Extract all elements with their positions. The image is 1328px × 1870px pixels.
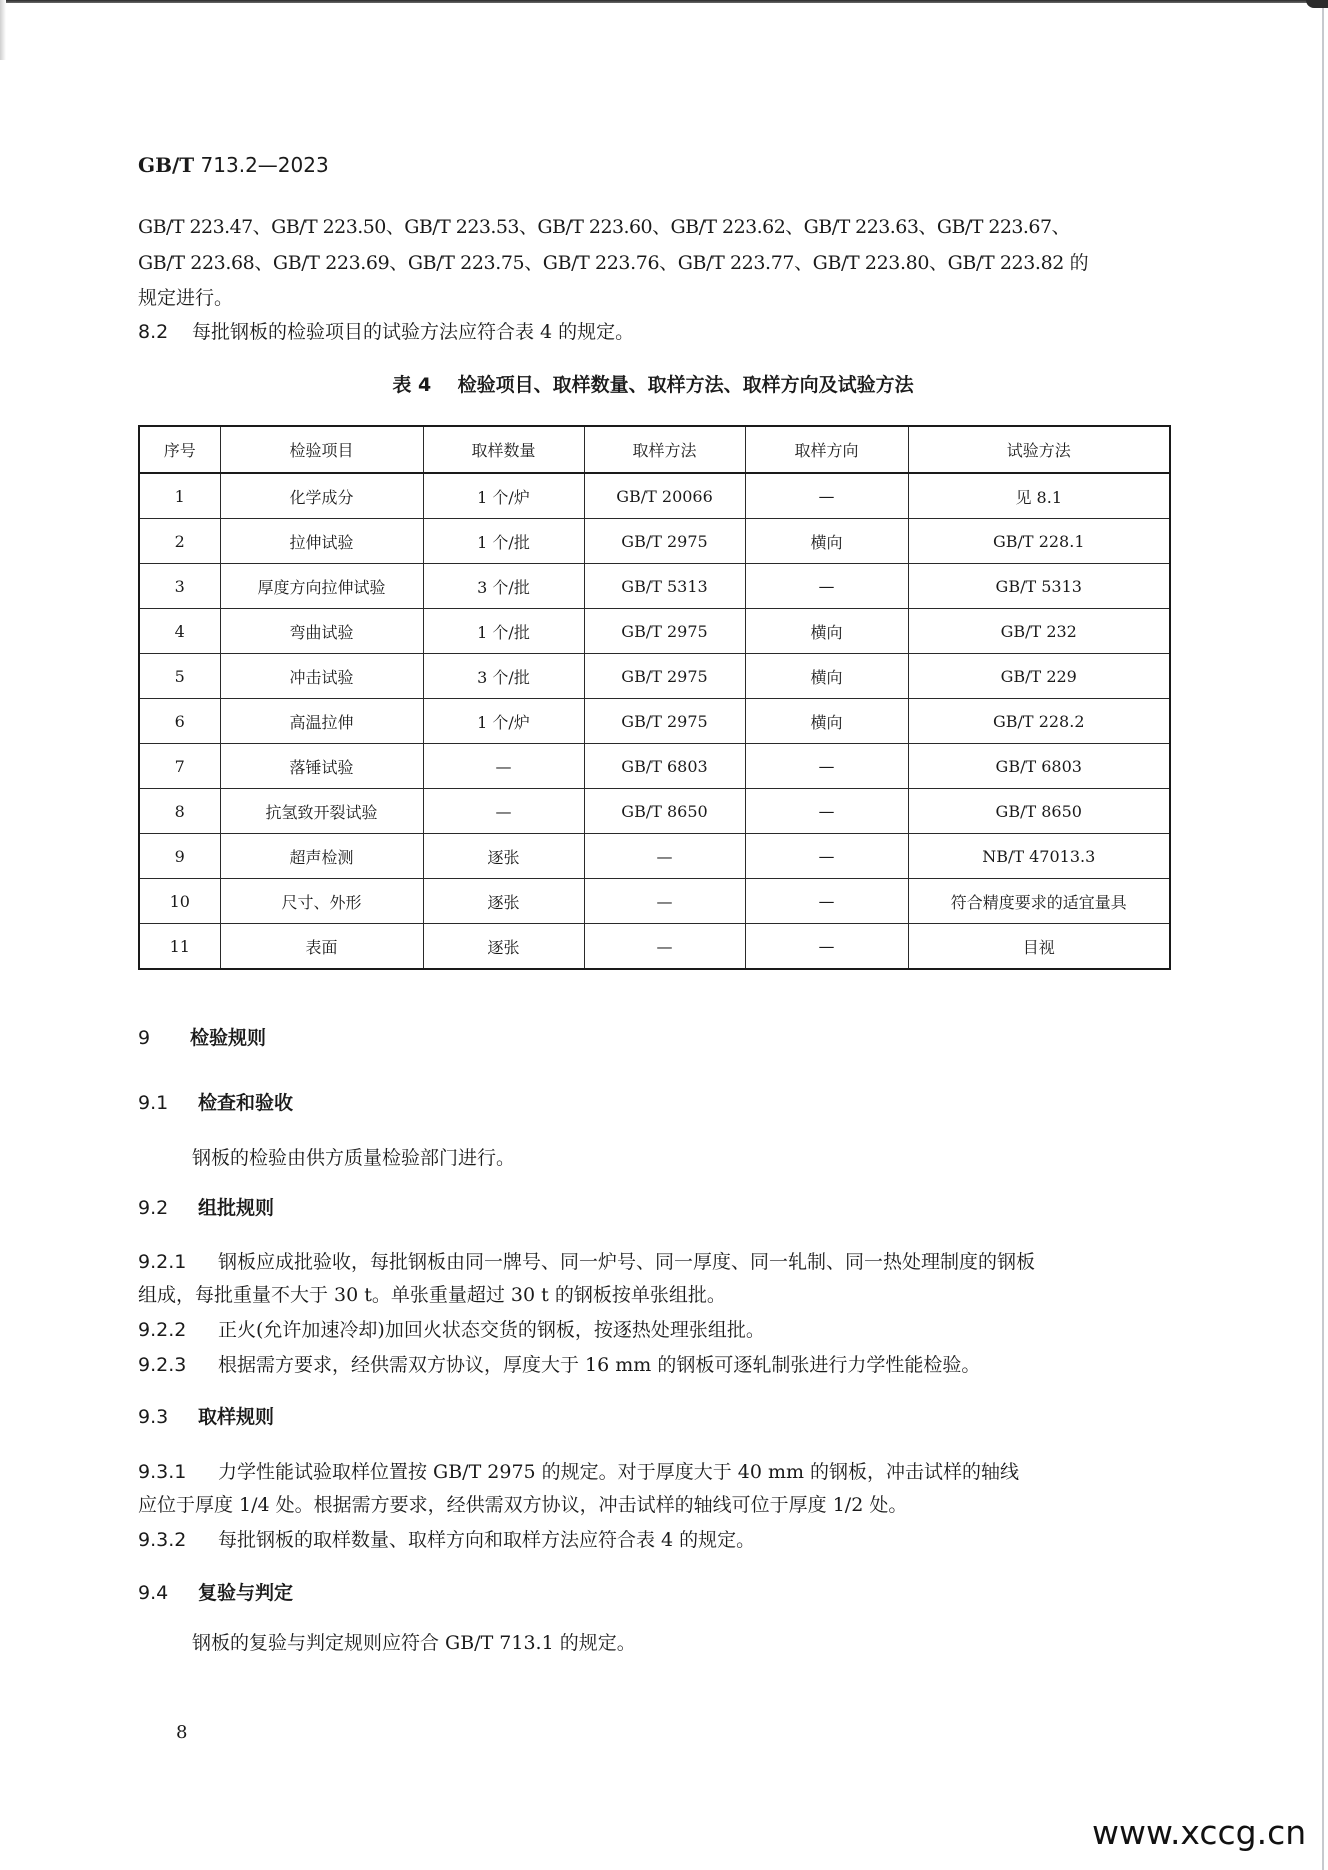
table-caption-label: 表 4 [392, 374, 431, 396]
section-title: 复验与判定 [198, 1582, 293, 1604]
cell-sampling-method: GB/T 2975 [584, 654, 745, 699]
cell-quantity: 3 个/批 [423, 654, 584, 699]
section-9-1-heading: 9.1检查和验收 [138, 1091, 293, 1115]
cell-seq: 1 [139, 473, 220, 519]
cell-item: 落锤试验 [220, 744, 423, 789]
clause-text: 每批钢板的取样数量、取样方向和取样方法应符合表 4 的规定。 [218, 1529, 755, 1551]
table-row: 8 抗氢致开裂试验 — GB/T 8650 — GB/T 8650 [139, 789, 1170, 834]
cell-seq: 11 [139, 924, 220, 970]
cell-item: 冲击试验 [220, 654, 423, 699]
section-9-1-body: 钢板的检验由供方质量检验部门进行。 [192, 1146, 515, 1170]
section-9-2-heading: 9.2组批规则 [138, 1196, 274, 1220]
section-number: 9.1 [138, 1091, 198, 1115]
table-row: 4 弯曲试验 1 个/批 GB/T 2975 横向 GB/T 232 [139, 609, 1170, 654]
cell-item: 厚度方向拉伸试验 [220, 564, 423, 609]
clause-number: 9.2.3 [138, 1353, 218, 1377]
cell-item: 表面 [220, 924, 423, 970]
scan-right-edge [1322, 8, 1324, 1870]
cell-direction: — [745, 789, 908, 834]
section-number: 9 [138, 1026, 190, 1050]
table-4: 序号 检验项目 取样数量 取样方法 取样方向 试验方法 1 化学成分 1 个/炉… [138, 425, 1171, 970]
col-header-seq: 序号 [139, 426, 220, 473]
cell-seq: 5 [139, 654, 220, 699]
cell-item: 抗氢致开裂试验 [220, 789, 423, 834]
cell-sampling-method: — [584, 879, 745, 924]
cell-test-method: GB/T 229 [908, 654, 1170, 699]
clause-9-2-3: 9.2.3根据需方要求，经供需双方协议，厚度大于 16 mm 的钢板可逐轧制张进… [138, 1353, 980, 1377]
cell-sampling-method: GB/T 6803 [584, 744, 745, 789]
header-std-prefix: GB/T [138, 153, 194, 177]
clause-number: 9.2.1 [138, 1250, 218, 1274]
cell-direction: 横向 [745, 654, 908, 699]
cell-test-method: 见 8.1 [908, 473, 1170, 519]
cell-quantity: 逐张 [423, 834, 584, 879]
cell-quantity: — [423, 789, 584, 834]
clause-text: 钢板应成批验收，每批钢板由同一牌号、同一炉号、同一厚度、同一轧制、同一热处理制度… [218, 1251, 1035, 1273]
clause-text: 力学性能试验取样位置按 GB/T 2975 的规定。对于厚度大于 40 mm 的… [218, 1461, 1019, 1483]
table-row: 7 落锤试验 — GB/T 6803 — GB/T 6803 [139, 744, 1170, 789]
cell-item: 弯曲试验 [220, 609, 423, 654]
cell-test-method: 符合精度要求的适宜量具 [908, 879, 1170, 924]
cell-sampling-method: GB/T 5313 [584, 564, 745, 609]
cell-test-method: GB/T 232 [908, 609, 1170, 654]
section-9-heading: 9检验规则 [138, 1026, 266, 1050]
table-row: 5 冲击试验 3 个/批 GB/T 2975 横向 GB/T 229 [139, 654, 1170, 699]
body-line: GB/T 223.68、GB/T 223.69、GB/T 223.75、GB/T… [138, 251, 1088, 275]
section-9-4-body: 钢板的复验与判定规则应符合 GB/T 713.1 的规定。 [192, 1631, 636, 1655]
cell-sampling-method: GB/T 20066 [584, 473, 745, 519]
table-row: 9 超声检测 逐张 — — NB/T 47013.3 [139, 834, 1170, 879]
clause-9-3-2: 9.3.2每批钢板的取样数量、取样方向和取样方法应符合表 4 的规定。 [138, 1528, 755, 1552]
cell-quantity: 逐张 [423, 879, 584, 924]
section-number: 9.3 [138, 1405, 198, 1429]
clause-text: 根据需方要求，经供需双方协议，厚度大于 16 mm 的钢板可逐轧制张进行力学性能… [218, 1354, 980, 1376]
cell-direction: 横向 [745, 699, 908, 744]
cell-direction: — [745, 564, 908, 609]
section-9-4-heading: 9.4复验与判定 [138, 1581, 293, 1605]
cell-quantity: 1 个/批 [423, 609, 584, 654]
clause-number: 9.2.2 [138, 1318, 218, 1342]
page-number: 8 [176, 1722, 187, 1743]
clause-number: 8.2 [138, 320, 192, 344]
cell-seq: 7 [139, 744, 220, 789]
cell-seq: 6 [139, 699, 220, 744]
cell-sampling-method: GB/T 2975 [584, 609, 745, 654]
cell-test-method: GB/T 228.2 [908, 699, 1170, 744]
col-header-test-method: 试验方法 [908, 426, 1170, 473]
cell-sampling-method: — [584, 924, 745, 970]
cell-quantity: 逐张 [423, 924, 584, 970]
cell-item: 化学成分 [220, 473, 423, 519]
clause-text: 每批钢板的检验项目的试验方法应符合表 4 的规定。 [192, 321, 634, 343]
clause-9-2-2: 9.2.2正火(允许加速冷却)加回火状态交货的钢板，按逐热处理张组批。 [138, 1318, 765, 1342]
cell-item: 超声检测 [220, 834, 423, 879]
table-row: 3 厚度方向拉伸试验 3 个/批 GB/T 5313 — GB/T 5313 [139, 564, 1170, 609]
cell-sampling-method: GB/T 2975 [584, 699, 745, 744]
cell-sampling-method: — [584, 834, 745, 879]
cell-test-method: NB/T 47013.3 [908, 834, 1170, 879]
section-number: 9.2 [138, 1196, 198, 1220]
section-title: 取样规则 [198, 1406, 274, 1428]
cell-quantity: 1 个/批 [423, 519, 584, 564]
cell-direction: — [745, 834, 908, 879]
section-number: 9.4 [138, 1581, 198, 1605]
cell-seq: 2 [139, 519, 220, 564]
scan-top-edge [0, 0, 1328, 3]
cell-test-method: 目视 [908, 924, 1170, 970]
cell-seq: 4 [139, 609, 220, 654]
cell-sampling-method: GB/T 2975 [584, 519, 745, 564]
clause-number: 9.3.1 [138, 1460, 218, 1484]
body-line: GB/T 223.47、GB/T 223.50、GB/T 223.53、GB/T… [138, 215, 1070, 239]
clause-continuation: 组成，每批重量不大于 30 t。单张重量超过 30 t 的钢板按单张组批。 [138, 1283, 726, 1307]
table-row: 6 高温拉伸 1 个/炉 GB/T 2975 横向 GB/T 228.2 [139, 699, 1170, 744]
cell-sampling-method: GB/T 8650 [584, 789, 745, 834]
table-row: 10 尺寸、外形 逐张 — — 符合精度要求的适宜量具 [139, 879, 1170, 924]
scan-corner [1306, 0, 1328, 8]
col-header-quantity: 取样数量 [423, 426, 584, 473]
header-std-number: 713.2—2023 [201, 153, 329, 177]
watermark-link[interactable]: www.xccg.cn [1092, 1815, 1306, 1851]
clause-8-2: 8.2每批钢板的检验项目的试验方法应符合表 4 的规定。 [138, 320, 634, 344]
cell-direction: — [745, 924, 908, 970]
cell-quantity: 1 个/炉 [423, 473, 584, 519]
running-header: GB/T 713.2—2023 [138, 153, 329, 177]
cell-quantity: 3 个/批 [423, 564, 584, 609]
clause-number: 9.3.2 [138, 1528, 218, 1552]
cell-quantity: — [423, 744, 584, 789]
col-header-sampling-method: 取样方法 [584, 426, 745, 473]
body-line: 规定进行。 [138, 286, 233, 310]
section-title: 检验规则 [190, 1027, 266, 1049]
section-title: 组批规则 [198, 1197, 274, 1219]
cell-direction: 横向 [745, 609, 908, 654]
cell-direction: — [745, 879, 908, 924]
table-row: 1 化学成分 1 个/炉 GB/T 20066 — 见 8.1 [139, 473, 1170, 519]
cell-seq: 8 [139, 789, 220, 834]
table-header-row: 序号 检验项目 取样数量 取样方法 取样方向 试验方法 [139, 426, 1170, 473]
cell-seq: 9 [139, 834, 220, 879]
table-row: 2 拉伸试验 1 个/批 GB/T 2975 横向 GB/T 228.1 [139, 519, 1170, 564]
clause-9-3-1: 9.3.1力学性能试验取样位置按 GB/T 2975 的规定。对于厚度大于 40… [138, 1460, 1019, 1484]
cell-test-method: GB/T 8650 [908, 789, 1170, 834]
cell-direction: — [745, 744, 908, 789]
clause-text: 正火(允许加速冷却)加回火状态交货的钢板，按逐热处理张组批。 [218, 1319, 765, 1341]
cell-item: 高温拉伸 [220, 699, 423, 744]
cell-item: 拉伸试验 [220, 519, 423, 564]
cell-test-method: GB/T 5313 [908, 564, 1170, 609]
cell-quantity: 1 个/炉 [423, 699, 584, 744]
cell-direction: — [745, 473, 908, 519]
clause-continuation: 应位于厚度 1/4 处。根据需方要求，经供需双方协议，冲击试样的轴线可位于厚度 … [138, 1493, 907, 1517]
table-caption-title: 检验项目、取样数量、取样方法、取样方向及试验方法 [458, 374, 914, 396]
cell-seq: 10 [139, 879, 220, 924]
table-caption: 表 4 检验项目、取样数量、取样方法、取样方向及试验方法 [138, 373, 1168, 397]
cell-test-method: GB/T 228.1 [908, 519, 1170, 564]
col-header-direction: 取样方向 [745, 426, 908, 473]
cell-item: 尺寸、外形 [220, 879, 423, 924]
scan-left-shadow [0, 0, 6, 60]
section-title: 检查和验收 [198, 1092, 293, 1114]
table-row: 11 表面 逐张 — — 目视 [139, 924, 1170, 970]
cell-seq: 3 [139, 564, 220, 609]
cell-test-method: GB/T 6803 [908, 744, 1170, 789]
section-9-3-heading: 9.3取样规则 [138, 1405, 274, 1429]
clause-9-2-1: 9.2.1钢板应成批验收，每批钢板由同一牌号、同一炉号、同一厚度、同一轧制、同一… [138, 1250, 1035, 1274]
col-header-item: 检验项目 [220, 426, 423, 473]
cell-direction: 横向 [745, 519, 908, 564]
